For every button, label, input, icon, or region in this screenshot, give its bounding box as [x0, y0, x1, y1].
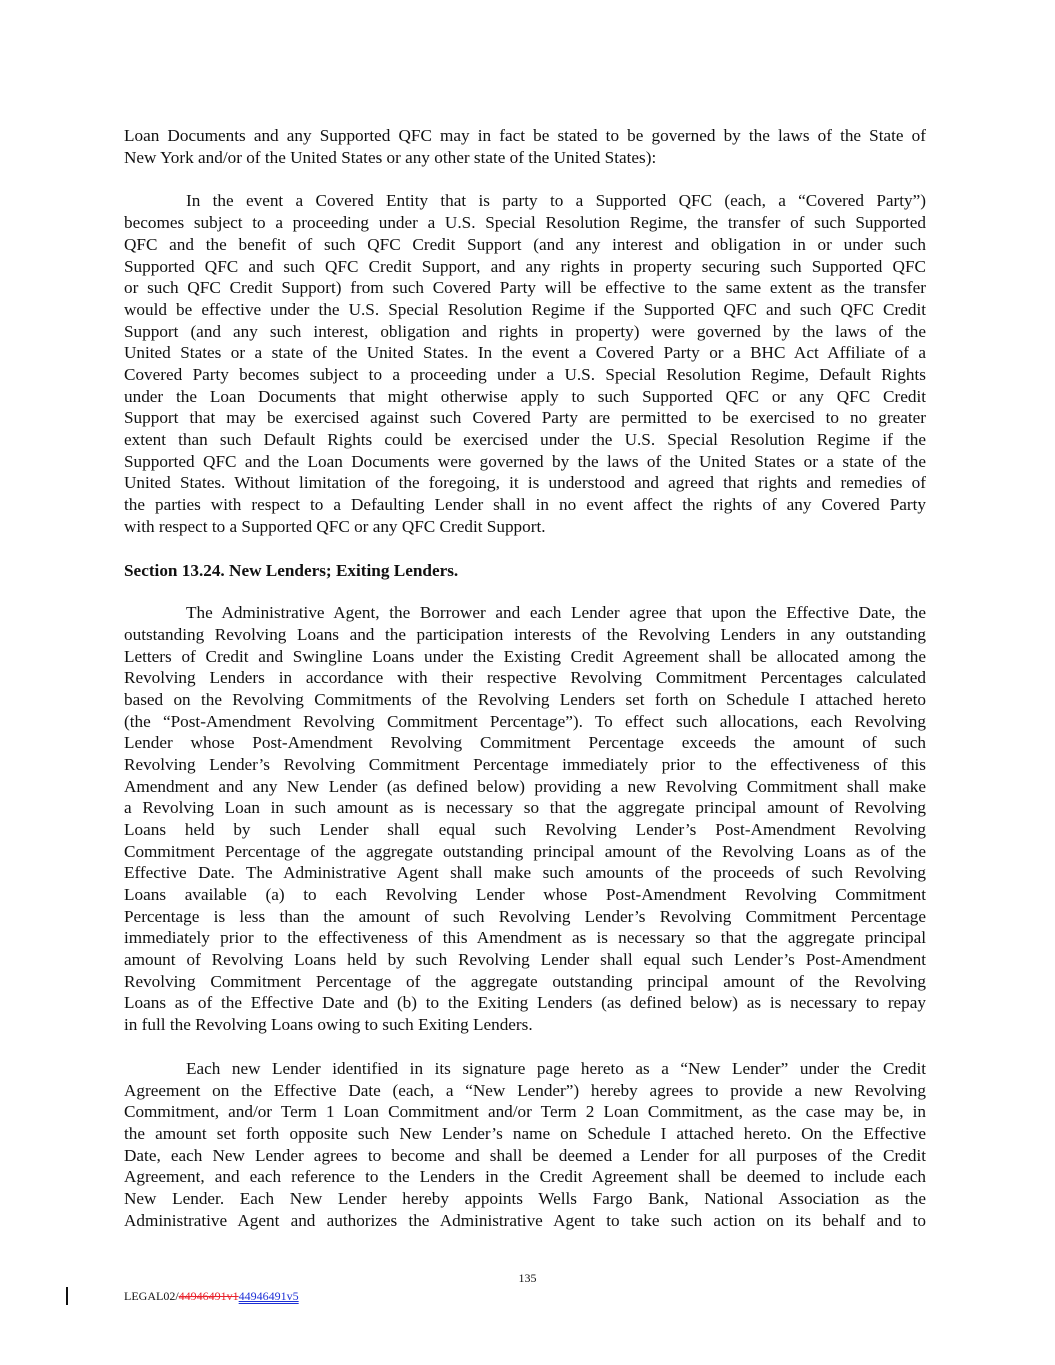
paragraph-line: Revolving Lender’s Revolving Commitment …	[124, 754, 926, 776]
paragraph-line: Letters of Credit and Swingline Loans un…	[124, 646, 926, 668]
paragraph-line: Supported QFC and such QFC Credit Suppor…	[124, 256, 926, 278]
doc-id-deleted: 44946491v1	[179, 1289, 239, 1303]
paragraph-line: United States or a state of the United S…	[124, 342, 926, 364]
paragraph-line: In the event a Covered Entity that is pa…	[186, 190, 926, 212]
paragraph-line: Commitment Percentage of the aggregate o…	[124, 841, 926, 863]
paragraph-line: Supported QFC and the Loan Documents wer…	[124, 451, 926, 473]
document-page: Loan Documents and any Supported QFC may…	[0, 0, 1055, 1365]
paragraph-line: based on the Revolving Commitments of th…	[124, 689, 926, 711]
paragraph-line: Effective Date. The Administrative Agent…	[124, 862, 926, 884]
paragraph-line: the parties with respect to a Defaulting…	[124, 494, 926, 516]
paragraph-line: Support that may be exercised against su…	[124, 407, 926, 429]
paragraph-line: outstanding Revolving Loans and the part…	[124, 624, 926, 646]
paragraph-line: becomes subject to a proceeding under a …	[124, 212, 926, 234]
paragraph-line: Revolving Commitment Percentage of the a…	[124, 971, 926, 993]
paragraph-line: Covered Party becomes subject to a proce…	[124, 364, 926, 386]
paragraph-line: New York and/or of the United States or …	[124, 147, 926, 169]
paragraph-line: The Administrative Agent, the Borrower a…	[186, 602, 926, 624]
page-number: 135	[0, 1271, 1055, 1285]
paragraph-line: Lender whose Post-Amendment Revolving Co…	[124, 732, 926, 754]
paragraph-line: New Lender. Each New Lender hereby appoi…	[124, 1188, 926, 1210]
paragraph-line: Percentage is less than the amount of su…	[124, 906, 926, 928]
paragraph-line: Agreement, and each reference to the Len…	[124, 1166, 926, 1188]
paragraph-line: Administrative Agent and authorizes the …	[124, 1210, 926, 1232]
paragraph-line: would be effective under the U.S. Specia…	[124, 299, 926, 321]
paragraph-line: in full the Revolving Loans owing to suc…	[124, 1014, 926, 1036]
paragraph-line: Amendment and any New Lender (as defined…	[124, 776, 926, 798]
paragraph-line: Loan Documents and any Supported QFC may…	[124, 125, 926, 147]
paragraph-line: the amount set forth opposite such New L…	[124, 1123, 926, 1145]
document-id-footer: LEGAL02/44946491v144946491v5	[124, 1289, 299, 1303]
paragraph-line: Loans as of the Effective Date and (b) t…	[124, 992, 926, 1014]
paragraph-line: Agreement on the Effective Date (each, a…	[124, 1080, 926, 1102]
paragraph-line: or such QFC Credit Support) from such Co…	[124, 277, 926, 299]
paragraph-line: immediately prior to the effectiveness o…	[124, 927, 926, 949]
doc-id-inserted: 44946491v5	[239, 1289, 299, 1303]
paragraph-line: amount of Revolving Loans held by such R…	[124, 949, 926, 971]
paragraph-line: Date, each New Lender agrees to become a…	[124, 1145, 926, 1167]
section-heading: Section 13.24. New Lenders; Exiting Lend…	[124, 560, 926, 582]
paragraph-line: Commitment, and/or Term 1 Loan Commitmen…	[124, 1101, 926, 1123]
paragraph-line: Loans available (a) to each Revolving Le…	[124, 884, 926, 906]
paragraph-line: Loans held by such Lender shall equal su…	[124, 819, 926, 841]
revision-change-bar	[66, 1287, 68, 1305]
paragraph-line: Support (and any such interest, obligati…	[124, 321, 926, 343]
paragraph-line: (the “Post-Amendment Revolving Commitmen…	[124, 711, 926, 733]
paragraph-line: under the Loan Documents that might othe…	[124, 386, 926, 408]
paragraph-line: Each new Lender identified in its signat…	[186, 1058, 926, 1080]
paragraph-line: QFC and the benefit of such QFC Credit S…	[124, 234, 926, 256]
paragraph-line: extent than such Default Rights could be…	[124, 429, 926, 451]
paragraph-line: Revolving Lenders in accordance with the…	[124, 667, 926, 689]
doc-id-prefix: LEGAL02/	[124, 1289, 179, 1303]
paragraph-line: a Revolving Loan in such amount as is ne…	[124, 797, 926, 819]
paragraph-line: with respect to a Supported QFC or any Q…	[124, 516, 926, 538]
paragraph-line: United States. Without limitation of the…	[124, 472, 926, 494]
